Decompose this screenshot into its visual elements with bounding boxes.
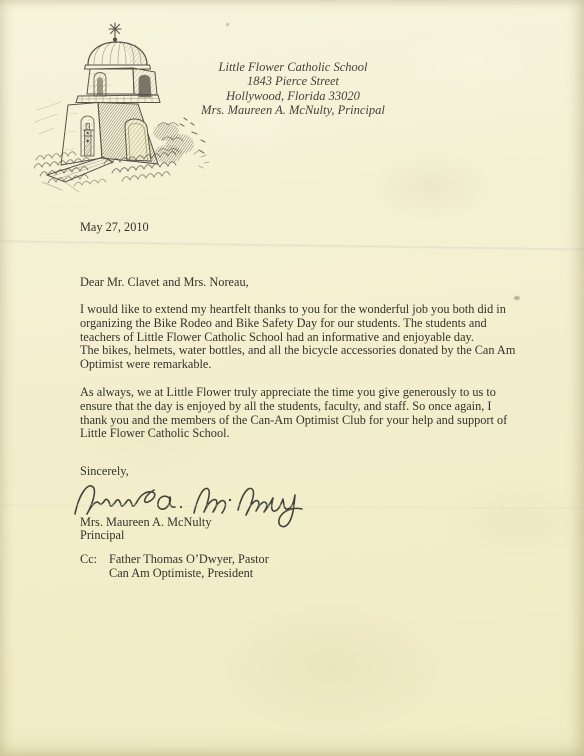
salutation: Dear Mr. Clavet and Mrs. Noreau, — [80, 276, 249, 290]
scanned-letter-page: Little Flower Catholic School 1843 Pierc… — [0, 0, 584, 756]
school-name: Little Flower Catholic School — [190, 60, 396, 74]
body-paragraph: As always, we at Little Flower truly app… — [80, 386, 572, 441]
paper-speck — [514, 296, 520, 300]
cc-entry: Can Am Optimiste, President — [109, 567, 269, 581]
letter-date: May 27, 2010 — [80, 221, 149, 235]
cc-block: Cc: Father Thomas O’Dwyer, Pastor Can Am… — [80, 553, 269, 581]
school-city-state-zip: Hollywood, Florida 33020 — [190, 89, 396, 103]
cc-label: Cc: — [80, 553, 109, 581]
letterhead: Little Flower Catholic School 1843 Pierc… — [190, 60, 396, 117]
principal-line: Mrs. Maureen A. McNulty, Principal — [190, 103, 396, 117]
body-paragraph: I would like to extend my heartfelt than… — [80, 303, 572, 372]
cross-finial-icon — [109, 23, 121, 41]
cc-entries: Father Thomas O’Dwyer, Pastor Can Am Opt… — [109, 553, 269, 581]
school-street: 1843 Pierce Street — [190, 74, 396, 88]
cc-entry: Father Thomas O’Dwyer, Pastor — [109, 553, 269, 567]
signer-title: Principal — [80, 529, 124, 543]
closing: Sincerely, — [80, 465, 129, 479]
paper-speck — [226, 23, 229, 26]
fold-crease — [0, 239, 584, 251]
